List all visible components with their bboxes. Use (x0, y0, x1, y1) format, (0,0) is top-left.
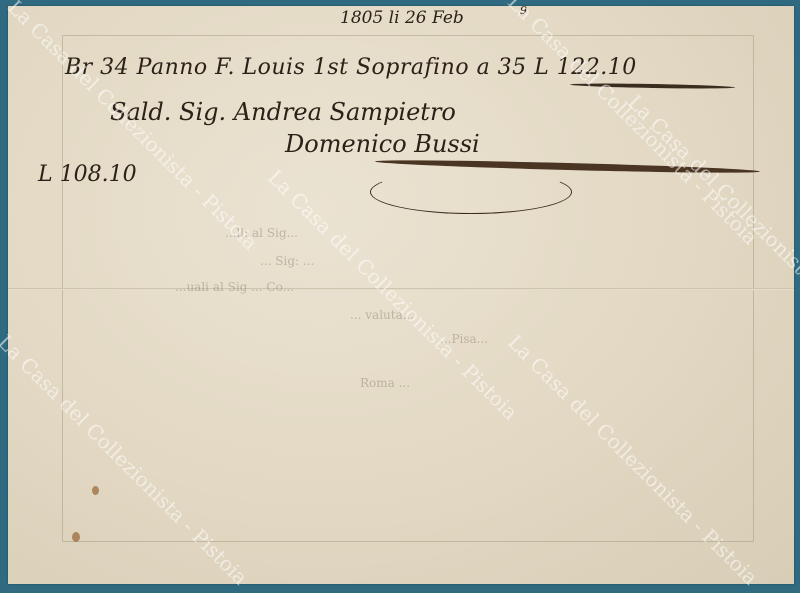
ink-flourish (370, 170, 572, 214)
printed-line: ... Sig: ... (260, 254, 314, 268)
margin-amount: L 108.10 (38, 162, 137, 187)
signature: Domenico Bussi (285, 130, 480, 158)
printed-line: Roma ... (360, 376, 410, 390)
stain (72, 532, 80, 542)
date-line: 1805 li 26 Feb (340, 8, 464, 28)
stain (92, 486, 99, 495)
entry-line: Br 34 Panno F. Louis 1st Soprafino a 35 … (65, 55, 637, 80)
printed-line: ...uali al Sig ... Co... (175, 280, 294, 294)
received-line: Sald. Sig. Andrea Sampietro (110, 98, 456, 126)
